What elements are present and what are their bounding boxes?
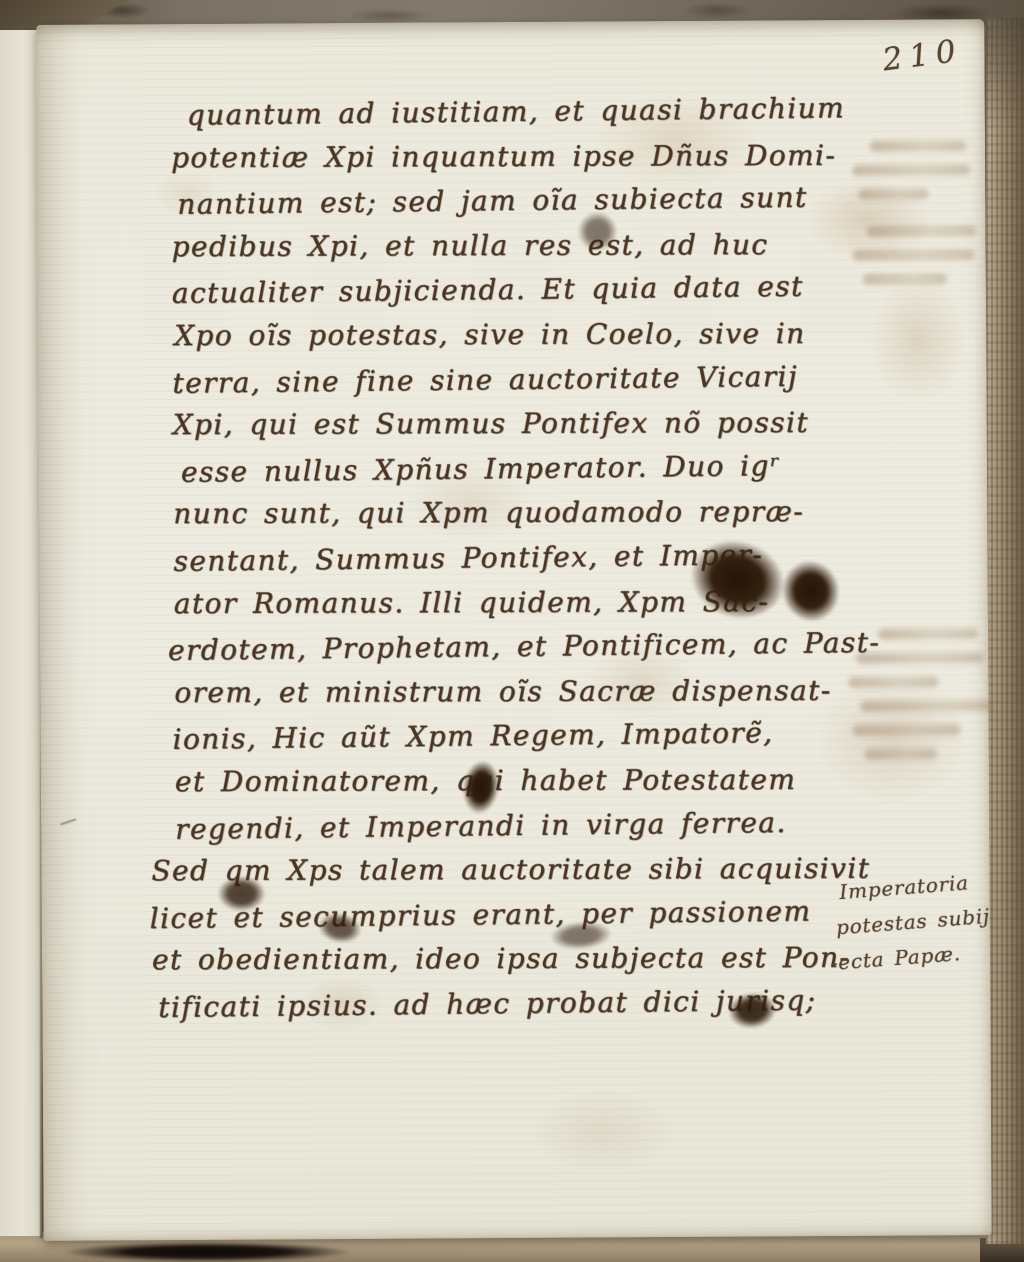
ink-blot [460,758,503,816]
manuscript-line: potentiæ Xpi inquantum ipse Dñus Domi- [171,133,861,180]
manuscript-line: erdotem, Prophetam, et Pontificem, ac Pa… [168,621,864,673]
manuscript-page: 210 quantum ad iustitiam, et quasi brach… [36,19,991,1241]
ink-blot [549,919,613,952]
ink-bleed-through-lower [848,615,999,773]
manuscript-line: orem, et ministrum oĩs Sacræ dispensat- [174,668,864,715]
manuscript-line: actualiter subjicienda. Et quia data est [172,264,862,316]
margin-note: Imperatoria potestas subij -ecta Papæ. [838,860,1024,980]
manuscript-line: terra, sine fine sine auctoritate Vicari… [172,354,862,406]
manuscript-line: Xpo oĩs potestas, sive in Coelo, sive in [174,312,862,359]
manuscript-line: nantium est; sed jam oĩa subiecta sunt [177,175,861,227]
ink-blot [217,876,265,912]
ink-blot [577,211,617,251]
manuscript-line: et Dominatorem, qui habet Potestatem [175,758,865,805]
previous-page-sliver [0,30,42,1236]
manuscript-line: regendi, et Imperandi in virga ferrea. [175,800,865,852]
bottom-shadow-blob [62,1242,352,1262]
ink-bleed-through-upper [852,127,993,298]
manuscript-line: ionis, Hic aũt Xpm Regem, Impatorẽ, [172,710,864,762]
manuscript-line: et obedientiam, ideo ipsa subjecta est P… [152,936,866,983]
manuscript-line: quantum ad iustitiam, et quasi brachium [187,86,861,138]
manuscript-line: esse nullus Xpñus Imperator. Duo igʳ [181,443,863,495]
ink-blot [726,990,778,1031]
manuscript-line: Xpi, qui est Summus Pontifex nõ possit [173,401,863,448]
manuscript-line: nunc sunt, qui Xpm quodamodo repræ- [173,490,863,537]
manuscript-line: pedibus Xpi, et nulla res est, ad huc [172,223,862,270]
